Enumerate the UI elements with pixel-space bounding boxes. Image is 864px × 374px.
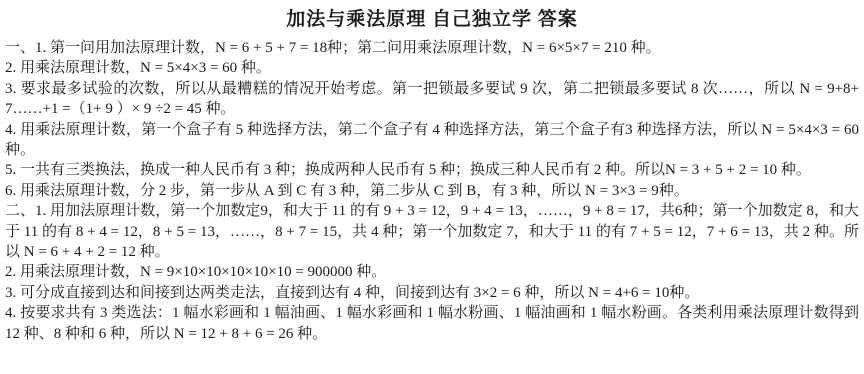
answer-paragraph: 4. 按要求共有 3 类选法：1 幅水彩画和 1 幅油画、1 幅水彩画和 1 幅… bbox=[5, 303, 859, 344]
answer-sheet-page: 加法与乘法原理 自己独立学 答案 一、1. 第一问用加法原理计数，N = 6 +… bbox=[0, 0, 864, 374]
answers-body: 一、1. 第一问用加法原理计数，N = 6 + 5 + 7 = 18种；第二问用… bbox=[5, 38, 859, 344]
page-title: 加法与乘法原理 自己独立学 答案 bbox=[5, 4, 859, 31]
answer-paragraph: 二、1. 用加法原理计数，第一个加数定9，和大于 11 的有 9 + 3 = 1… bbox=[5, 201, 859, 262]
answer-paragraph: 一、1. 第一问用加法原理计数，N = 6 + 5 + 7 = 18种；第二问用… bbox=[5, 38, 859, 58]
answer-paragraph: 2. 用乘法原理计数，N = 9×10×10×10×10×10 = 900000… bbox=[5, 262, 859, 282]
answer-paragraph: 4. 用乘法原理计数，第一个盒子有 5 种选择方法，第二个盒子有 4 种选择方法… bbox=[5, 120, 859, 161]
answer-paragraph: 3. 要求最多试验的次数，所以从最糟糕的情况开始考虑。第一把锁最多要试 9 次，… bbox=[5, 79, 859, 120]
answer-paragraph: 5. 一共有三类换法，换成一种人民币有 3 种；换成两种人民币有 5 种；换成三… bbox=[5, 160, 859, 180]
answer-paragraph: 3. 可分成直接到达和间接到达两类走法，直接到达有 4 种，间接到达有 3×2 … bbox=[5, 283, 859, 303]
answer-paragraph: 6. 用乘法原理计数，分 2 步，第一步从 A 到 C 有 3 种，第二步从 C… bbox=[5, 181, 859, 201]
answer-paragraph: 2. 用乘法原理计数，N = 5×4×3 = 60 种。 bbox=[5, 58, 859, 78]
